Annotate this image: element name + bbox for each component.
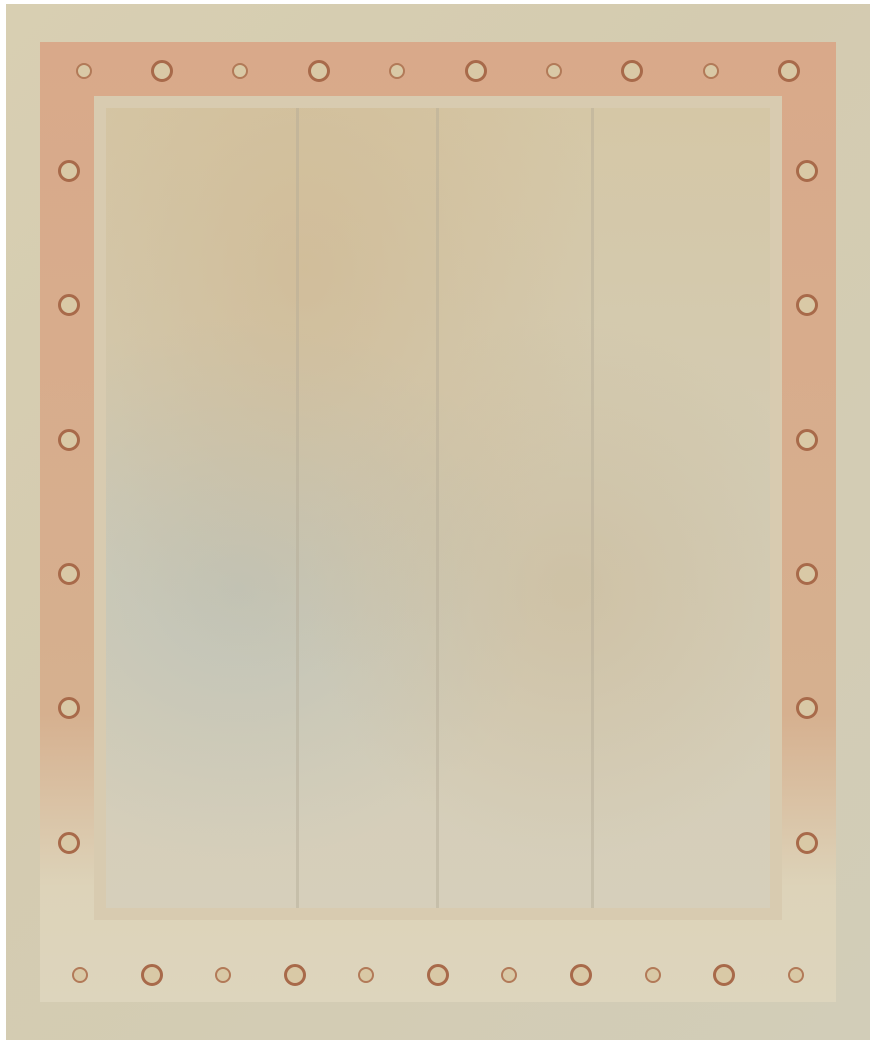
rug-field — [106, 108, 770, 908]
rosette-motif — [713, 964, 735, 986]
rosette-motif — [645, 967, 661, 983]
rosette-motif — [703, 63, 719, 79]
bottom-border-motifs — [46, 958, 830, 992]
rosette-motif — [501, 967, 517, 983]
rosette-motif — [76, 63, 92, 79]
rosette-motif — [570, 964, 592, 986]
rosette-motif — [358, 967, 374, 983]
rosette-motif — [58, 294, 80, 316]
rosette-motif — [308, 60, 330, 82]
rosette-motif — [778, 60, 800, 82]
rosette-motif — [58, 563, 80, 585]
rosette-motif — [284, 964, 306, 986]
rosette-motif — [796, 160, 818, 182]
rosette-motif — [72, 967, 88, 983]
rosette-motif — [58, 832, 80, 854]
rosette-motif — [788, 967, 804, 983]
rosette-motif — [141, 964, 163, 986]
rug — [6, 4, 870, 1040]
rosette-motif — [796, 563, 818, 585]
field-panel-divider — [436, 108, 439, 908]
rosette-motif — [151, 60, 173, 82]
rosette-motif — [796, 697, 818, 719]
rosette-motif — [465, 60, 487, 82]
rosette-motif — [58, 697, 80, 719]
rosette-motif — [796, 294, 818, 316]
rosette-motif — [796, 832, 818, 854]
left-border-motifs — [52, 104, 86, 910]
rosette-motif — [621, 60, 643, 82]
rosette-motif — [796, 429, 818, 451]
rosette-motif — [427, 964, 449, 986]
rosette-motif — [389, 63, 405, 79]
field-panel-divider — [296, 108, 299, 908]
rosette-motif — [215, 967, 231, 983]
rosette-motif — [58, 160, 80, 182]
top-border-motifs — [46, 56, 830, 86]
right-border-motifs — [790, 104, 824, 910]
field-panel-divider — [591, 108, 594, 908]
rosette-motif — [546, 63, 562, 79]
rosette-motif — [232, 63, 248, 79]
rosette-motif — [58, 429, 80, 451]
